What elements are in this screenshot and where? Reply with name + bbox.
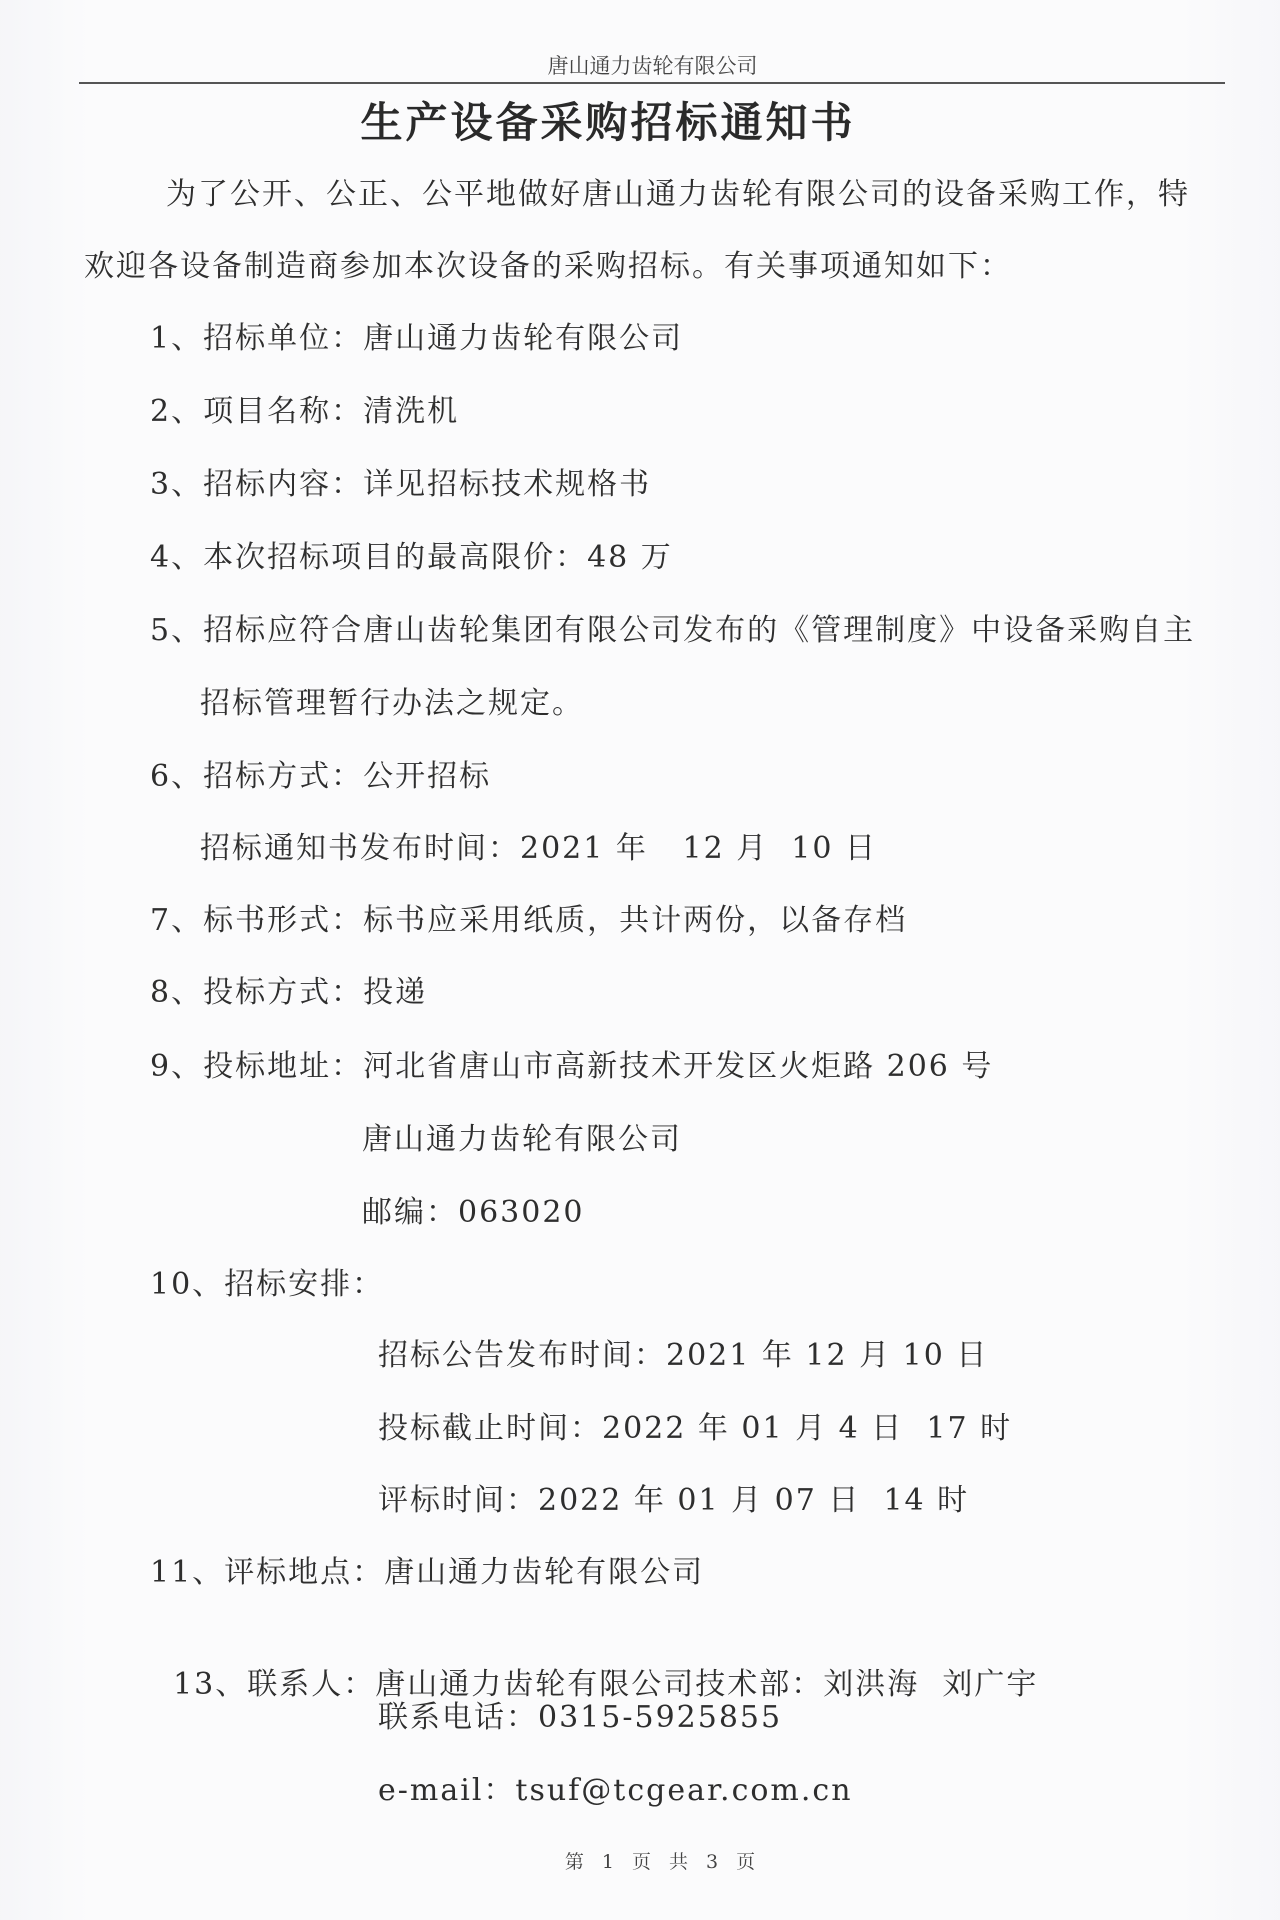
item-number: 10、 <box>150 1265 224 1305</box>
item-value: 投递 <box>363 975 427 1010</box>
intro-line-2: 欢迎各设备制造商参加本次设备的采购招标。有关事项通知如下： <box>84 247 1012 287</box>
item-value: 公开招标 <box>363 759 491 794</box>
item-value: 清洗机 <box>363 394 459 429</box>
contact-email[interactable]: e-mail：tsuf@tcgear.com.cn <box>378 1771 853 1811</box>
item-number: 3、 <box>150 465 203 505</box>
item-number: 1、 <box>150 319 203 359</box>
item-label: 联系人： <box>247 1667 375 1702</box>
item-number: 13、 <box>173 1665 247 1705</box>
intro-line-1: 为了公开、公正、公平地做好唐山通力齿轮有限公司的设备采购工作，特 <box>166 175 1190 215</box>
item-number: 11、 <box>150 1553 224 1593</box>
item-7: 7、标书形式：标书应采用纸质，共计两份，以备存档 <box>150 901 907 941</box>
item-number: 9、 <box>150 1047 203 1087</box>
item-9: 9、投标地址：河北省唐山市高新技术开发区火炬路 206 号 <box>150 1047 993 1087</box>
item-4: 4、本次招标项目的最高限价：48 万 <box>150 538 673 578</box>
schedule-evaluation-time: 评标时间：2022 年 01 月 07 日 14 时 <box>378 1481 969 1521</box>
item-5-continuation: 招标管理暂行办法之规定。 <box>200 684 584 724</box>
item-label: 本次招标项目的最高限价： <box>203 540 587 575</box>
schedule-announcement-time: 招标公告发布时间：2021 年 12 月 10 日 <box>378 1336 988 1376</box>
item-value: 河北省唐山市高新技术开发区火炬路 206 号 <box>363 1049 993 1084</box>
item-label: 招标安排： <box>224 1267 384 1302</box>
item-label: 投标方式： <box>203 975 363 1010</box>
item-9-company: 唐山通力齿轮有限公司 <box>362 1120 682 1160</box>
item-1: 1、招标单位：唐山通力齿轮有限公司 <box>150 319 683 359</box>
item-value: 48 万 <box>587 540 673 575</box>
item-5: 5、招标应符合唐山齿轮集团有限公司发布的《管理制度》中设备采购自主 <box>150 611 1195 651</box>
item-label: 标书形式： <box>203 903 363 938</box>
item-label: 招标方式： <box>203 759 363 794</box>
page-number: 第 1 页 共 3 页 <box>0 1849 1280 1875</box>
item-10: 10、招标安排： <box>150 1265 384 1305</box>
item-11: 11、评标地点：唐山通力齿轮有限公司 <box>150 1553 704 1593</box>
item-value: 唐山通力齿轮有限公司 <box>384 1555 704 1590</box>
item-value: 唐山通力齿轮有限公司 <box>363 321 683 356</box>
item-number: 7、 <box>150 901 203 941</box>
item-label: 投标地址： <box>203 1049 363 1084</box>
item-value: 标书应采用纸质，共计两份，以备存档 <box>363 903 907 938</box>
item-8: 8、投标方式：投递 <box>150 973 427 1013</box>
letterhead-company: 唐山通力齿轮有限公司 <box>0 53 1280 79</box>
item-value: 唐山通力齿轮有限公司技术部：刘洪海 刘广宇 <box>375 1667 1038 1702</box>
item-value: 招标应符合唐山齿轮集团有限公司发布的《管理制度》中设备采购自主 <box>203 613 1195 648</box>
item-value: 详见招标技术规格书 <box>363 467 651 502</box>
item-number: 2、 <box>150 392 203 432</box>
contact-phone: 联系电话：0315-5925855 <box>378 1698 782 1738</box>
item-number: 8、 <box>150 973 203 1013</box>
item-3: 3、招标内容：详见招标技术规格书 <box>150 465 651 505</box>
item-number: 6、 <box>150 757 203 797</box>
item-label: 招标单位： <box>203 321 363 356</box>
item-number: 4、 <box>150 538 203 578</box>
item-9-postcode: 邮编：063020 <box>362 1193 585 1233</box>
item-label: 项目名称： <box>203 394 363 429</box>
document-title: 生产设备采购招标通知书 <box>0 96 1216 150</box>
item-label: 评标地点： <box>224 1555 384 1590</box>
item-2: 2、项目名称：清洗机 <box>150 392 459 432</box>
letterhead-rule <box>79 82 1225 84</box>
item-number: 5、 <box>150 611 203 651</box>
schedule-bid-deadline: 投标截止时间：2022 年 01 月 4 日 17 时 <box>378 1409 1012 1449</box>
item-13: 13、联系人：唐山通力齿轮有限公司技术部：刘洪海 刘广宇 <box>150 1625 1038 1705</box>
item-label: 招标内容： <box>203 467 363 502</box>
item-6: 6、招标方式：公开招标 <box>150 757 491 797</box>
item-6-publish-time: 招标通知书发布时间：2021 年 12 月 10 日 <box>200 829 877 869</box>
